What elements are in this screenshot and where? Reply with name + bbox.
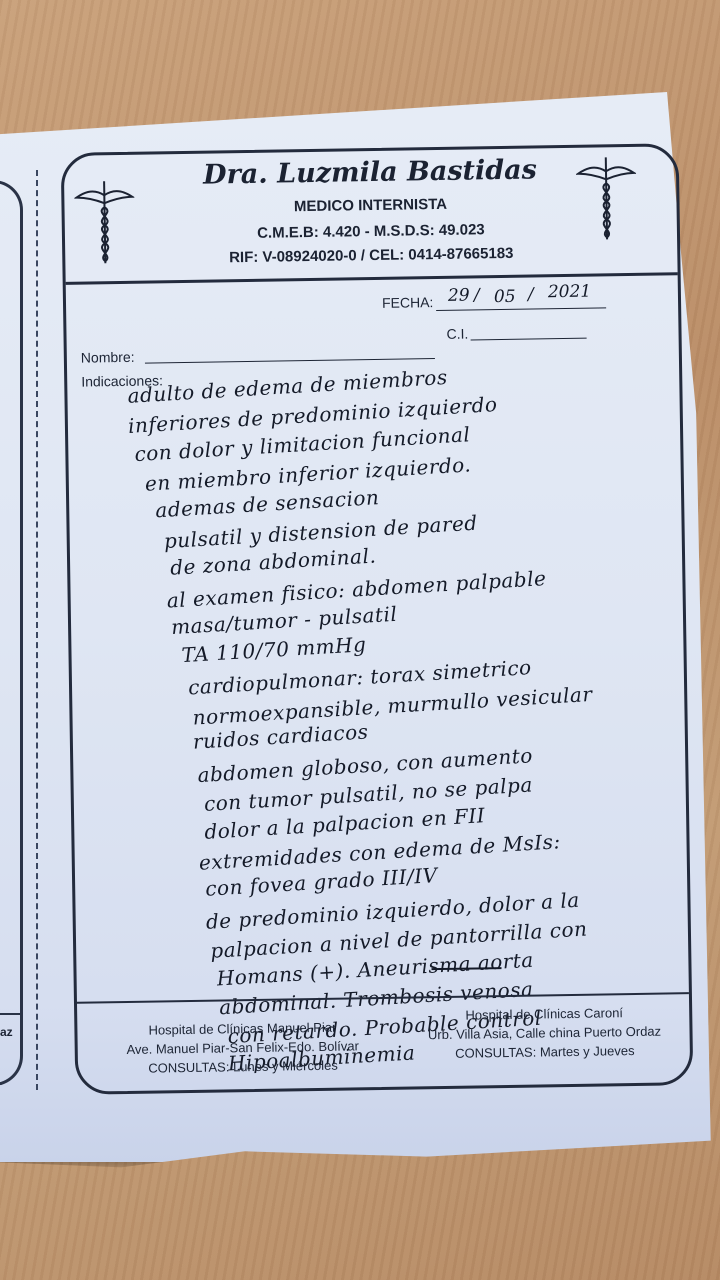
doctor-rif-phone: RIF: V-08924020-0 / CEL: 0414-87665183 [65, 242, 677, 269]
letterhead-footer: Hospital de Clínicas Manuel Piar Ave. Ma… [77, 992, 690, 1092]
letterhead: Dra. Luzmila Bastidas MEDICO INTERNISTA … [64, 146, 678, 285]
prescription-form: Dra. Luzmila Bastidas MEDICO INTERNISTA … [61, 143, 694, 1095]
footer-hospital-caroni: Hospital de Clínicas Caroní Urb. Villa A… [399, 1002, 690, 1064]
fecha-month: 05 [494, 287, 516, 307]
ci-label: C.I. [446, 326, 468, 342]
adjacent-form-edge: az [0, 180, 23, 1086]
nombre-label: Nombre: [81, 349, 135, 366]
ci-field[interactable] [471, 338, 587, 341]
fecha-year: 2021 [548, 282, 592, 303]
adjacent-form-text: az [0, 1025, 13, 1039]
fecha-field[interactable] [436, 307, 606, 311]
fecha-label: FECHA: [382, 294, 434, 311]
hospital-schedule: CONSULTAS: Lunes y Miércoles [108, 1055, 378, 1078]
fecha-day: 29 [448, 286, 470, 306]
perforation-line [36, 170, 38, 1090]
footer-hospital-manuel-piar: Hospital de Clínicas Manuel Piar Ave. Ma… [107, 1017, 378, 1078]
adjacent-form-divider [0, 1013, 20, 1015]
nombre-field[interactable] [145, 358, 435, 364]
caduceus-icon [576, 153, 637, 244]
handwritten-line: TA 110/70 mmHg [181, 632, 367, 667]
